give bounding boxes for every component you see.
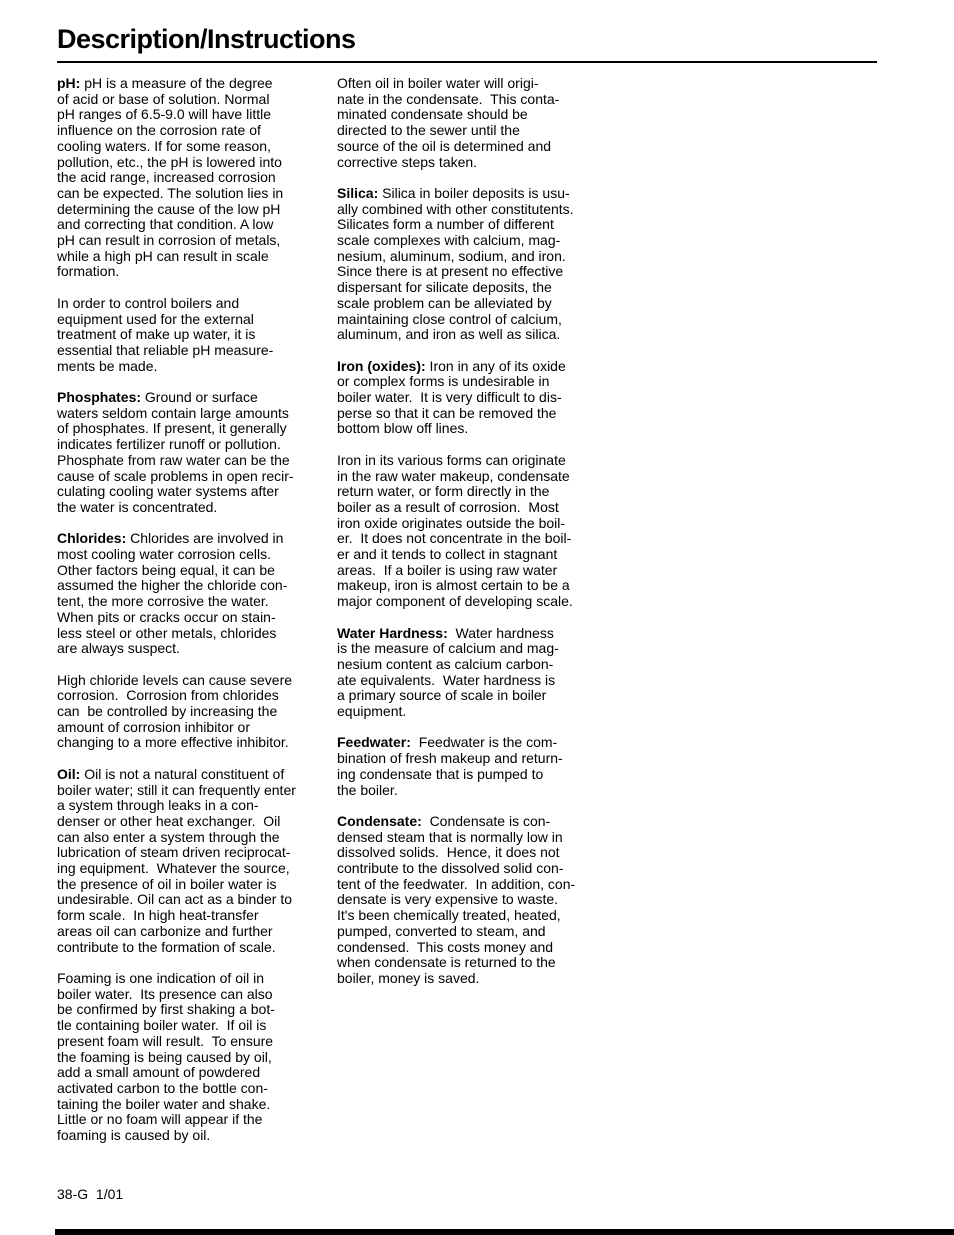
paragraph-body: Often oil in boiler water will origi- na… <box>337 75 559 170</box>
page-title: Description/Instructions <box>57 24 356 55</box>
paragraph-lead: Silica: <box>337 185 378 201</box>
paragraph-body: Foaming is one indication of oil in boil… <box>57 970 275 1143</box>
paragraph-ph-control: In order to control boilers and equipmen… <box>57 296 335 375</box>
paragraph-lead: Phosphates: <box>57 389 141 405</box>
paragraph-chlorides: Chlorides: Chlorides are involved in mos… <box>57 531 335 657</box>
paragraph-body: In order to control boilers and equipmen… <box>57 295 273 374</box>
bottom-bar <box>55 1229 954 1235</box>
body-columns: pH: pH is a measure of the degree of aci… <box>57 76 615 1159</box>
paragraph-body: Silica in boiler deposits is usu- ally c… <box>337 185 574 342</box>
document-page: Description/Instructions pH: pH is a mea… <box>0 0 954 1235</box>
paragraph-silica: Silica: Silica in boiler deposits is usu… <box>337 186 615 343</box>
paragraph-lead: Chlorides: <box>57 530 126 546</box>
paragraph-lead: Condensate: <box>337 813 422 829</box>
paragraph-lead: Iron (oxides): <box>337 358 426 374</box>
title-rule <box>57 61 877 63</box>
page-footer: 38-G 1/01 <box>57 1186 123 1202</box>
paragraph-body: Chlorides are involved in most cooling w… <box>57 530 287 656</box>
paragraph-oil-in-condensate: Often oil in boiler water will origi- na… <box>337 76 615 170</box>
paragraph-ph: pH: pH is a measure of the degree of aci… <box>57 76 335 280</box>
paragraph-lead: Oil: <box>57 766 80 782</box>
paragraph-feedwater: Feedwater: Feedwater is the com- binatio… <box>337 735 615 798</box>
paragraph-condensate: Condensate: Condensate is con- densed st… <box>337 814 615 987</box>
paragraph-iron-forms: Iron in its various forms can originate … <box>337 453 615 610</box>
paragraph-iron-oxides: Iron (oxides): Iron in any of its oxide … <box>337 359 615 438</box>
paragraph-chloride-levels: High chloride levels can cause severe co… <box>57 673 335 752</box>
left-column: pH: pH is a measure of the degree of aci… <box>57 76 335 1159</box>
paragraph-lead: Feedwater: <box>337 734 411 750</box>
paragraph-lead: pH: <box>57 75 80 91</box>
paragraph-body: High chloride levels can cause severe co… <box>57 672 292 751</box>
right-column: Often oil in boiler water will origi- na… <box>337 76 615 1159</box>
paragraph-foaming: Foaming is one indication of oil in boil… <box>57 971 335 1144</box>
paragraph-body: Ground or surface waters seldom contain … <box>57 389 294 515</box>
paragraph-lead: Water Hardness: <box>337 625 448 641</box>
paragraph-body: Condensate is con- densed steam that is … <box>337 813 575 986</box>
paragraph-body: pH is a measure of the degree of acid or… <box>57 75 283 279</box>
paragraph-water-hardness: Water Hardness: Water hardness is the me… <box>337 626 615 720</box>
paragraph-oil: Oil: Oil is not a natural constituent of… <box>57 767 335 955</box>
paragraph-body: Oil is not a natural constituent of boil… <box>57 766 296 955</box>
paragraph-body: Iron in its various forms can originate … <box>337 452 573 609</box>
paragraph-phosphates: Phosphates: Ground or surface waters sel… <box>57 390 335 516</box>
